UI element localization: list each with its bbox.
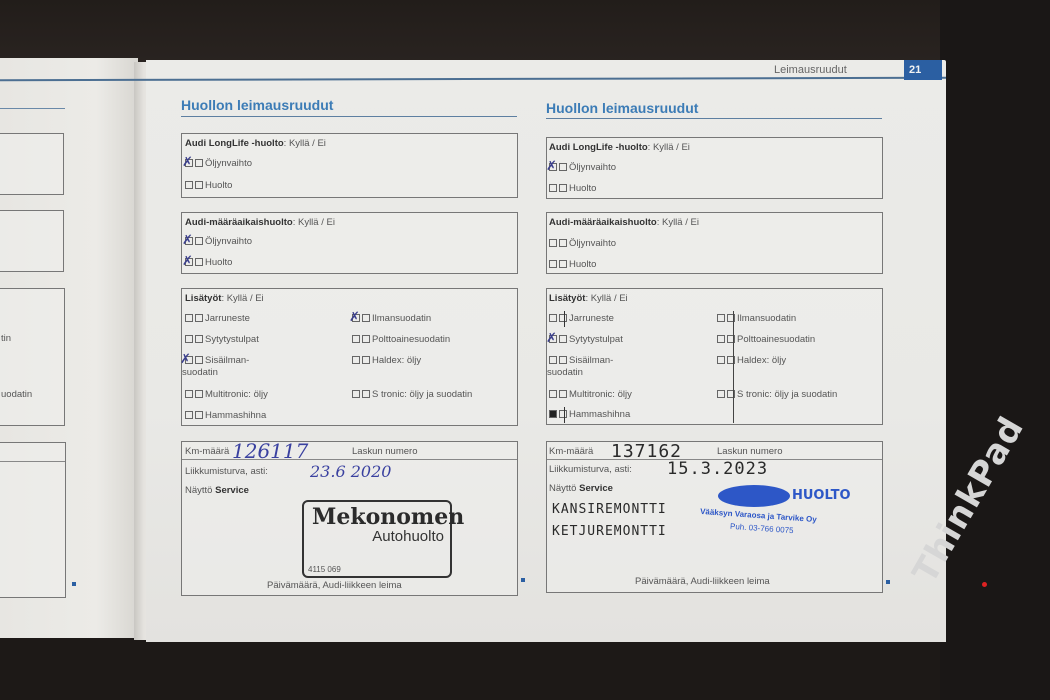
checkbox-row[interactable]: Polttoainesuodatin (717, 334, 815, 345)
left-page-box-4 (0, 442, 66, 598)
checkbox-row[interactable]: Ilmansuodatin (717, 313, 796, 324)
checkbox-row[interactable]: Multitronic: öljy (549, 389, 632, 400)
checkbox-row[interactable]: Öljynvaihto (549, 162, 616, 173)
checkbox-row[interactable]: Hammashihna (185, 410, 266, 421)
thinkpad-led-icon (982, 582, 987, 587)
checkbox-row[interactable]: Öljynvaihto (185, 158, 252, 169)
mobility-date: 15.3.2023 (667, 459, 768, 479)
scheduled-box: Audi-määräaikaishuolto: Kyllä / Ei Öljyn… (181, 212, 518, 274)
mekonomen-stamp: Mekonomen Autohuolto 4115 069 (302, 500, 452, 578)
section-title: Huollon leimausruudut (181, 97, 333, 113)
page-marker (521, 578, 525, 582)
car-logo-icon (718, 485, 790, 507)
stamp-footer: Päivämäärä, Audi-liikkeen leima (267, 580, 402, 591)
checkbox-row[interactable]: Polttoainesuodatin (352, 334, 450, 345)
handwritten-check-icon: ✗ (182, 233, 193, 248)
handwritten-check-icon: ✗ (182, 155, 193, 170)
checkbox-row[interactable]: Haldex: öljy (352, 355, 421, 366)
checkbox-row[interactable]: Öljynvaihto (185, 236, 252, 247)
extra-work-box: Lisätyöt: Kyllä / Ei Jarruneste Sytytyst… (181, 288, 518, 426)
scheduled-box: Audi-määräaikaishuolto: Kyllä / Ei Öljyn… (546, 212, 883, 274)
checkbox-row[interactable]: Huolto (185, 180, 232, 191)
huolto-stamp: HUOLTO Vääksyn Varaosa ja Tarvike Oy Puh… (700, 485, 860, 545)
page-marker (72, 582, 76, 586)
handwritten-note: KANSIREMONTTI (552, 502, 667, 517)
extra-work-box: Lisätyöt: Kyllä / Ei Jarruneste Sytytyst… (546, 288, 883, 425)
longlife-box: Audi LongLife -huolto: Kyllä / Ei Öljynv… (181, 133, 518, 198)
handwritten-line (733, 311, 734, 423)
left-page-box-2 (0, 210, 64, 272)
handwritten-check-icon: ✗ (546, 331, 557, 346)
checkbox-row[interactable]: Sisäilman- (185, 355, 249, 366)
handwritten-note: KETJUREMONTTI (552, 524, 667, 539)
checkbox-row[interactable]: Multitronic: öljy (185, 389, 268, 400)
checkbox-row[interactable]: Jarruneste (549, 313, 614, 324)
left-page: tin uodatin (0, 58, 138, 638)
longlife-box: Audi LongLife -huolto: Kyllä / Ei Öljynv… (546, 137, 883, 199)
checkbox-row[interactable]: Öljynvaihto (549, 238, 616, 249)
checkbox-row[interactable]: Hammashihna (549, 409, 630, 420)
checkbox-row[interactable]: Jarruneste (185, 313, 250, 324)
running-head: Leimausruudut (774, 64, 847, 76)
left-page-box-3: tin uodatin (0, 288, 65, 426)
left-fragment-2: uodatin (1, 389, 32, 400)
checkbox-row[interactable]: S tronic: öljy ja suodatin (352, 389, 472, 400)
laptop-bezel (940, 0, 1050, 700)
checkbox-row[interactable]: Sisäilman- (549, 355, 613, 366)
page-number: 21 (904, 60, 942, 80)
handwritten-check-icon: ✗ (182, 254, 193, 269)
checkbox-row[interactable]: Sytytystulpat (185, 334, 259, 345)
handwritten-check-icon: ✗ (180, 352, 191, 367)
handwritten-check-icon: ✗ (546, 159, 557, 174)
checkbox-row[interactable]: Huolto (549, 259, 596, 270)
mobility-date: 23.6 2020 (310, 462, 391, 481)
section-title: Huollon leimausruudut (546, 100, 698, 116)
left-page-box-1 (0, 133, 64, 195)
checkbox-row[interactable]: Sytytystulpat (549, 334, 623, 345)
left-fragment-1: tin (1, 333, 11, 344)
checkbox-row[interactable]: S tronic: öljy ja suodatin (717, 389, 837, 400)
stamp-footer: Päivämäärä, Audi-liikkeen leima (635, 576, 770, 587)
checkbox-row[interactable]: Huolto (549, 183, 596, 194)
handwritten-check-icon: ✗ (349, 310, 360, 325)
page-marker (886, 580, 890, 584)
checkbox-row[interactable]: Haldex: öljy (717, 355, 786, 366)
checkbox-row[interactable]: Ilmansuodatin (352, 313, 431, 324)
